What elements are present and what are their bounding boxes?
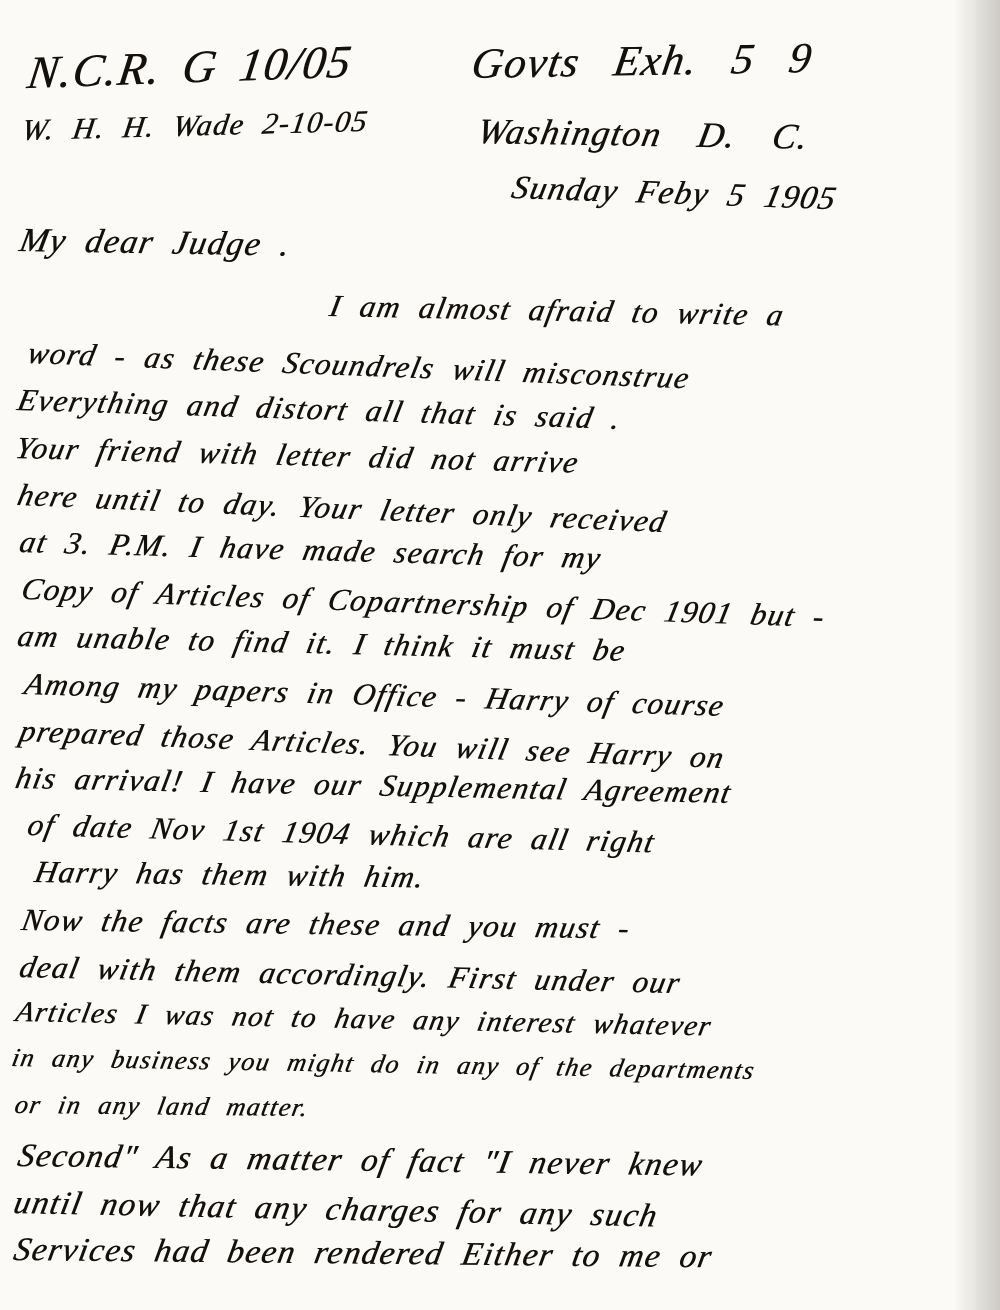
letter-line: Everything and distort all that is said … [17, 382, 621, 437]
reviewer-initials-text: N.C.R. G 10/05 [24, 35, 355, 100]
letter-line-text: until now that any charges for any such [10, 1185, 661, 1235]
salutation: My dear Judge . [20, 222, 291, 265]
letter-line-text: am unable to find it. I think it must be [14, 618, 629, 669]
date-line-text: Sunday Feby 5 1905 [508, 170, 840, 218]
letter-line: of date Nov 1st 1904 which are all right [27, 807, 655, 860]
letter-line: Your friend with letter did not arrive [16, 430, 580, 481]
place-line-text: Washington D. C. [474, 110, 813, 158]
place-line: Washington D. C. [478, 110, 809, 158]
letter-line-text: Second" As a matter of fact "I never kne… [14, 1138, 706, 1184]
letter-line: Services had been rendered Either to me … [14, 1232, 712, 1276]
letter-line-text: Harry has them with him. [32, 854, 429, 895]
letter-line-text: Services had been rendered Either to me … [11, 1232, 716, 1276]
letter-line: am unable to find it. I think it must be [18, 618, 626, 669]
scan-edge-streak [970, 0, 976, 1310]
letter-line: until now that any charges for any such [14, 1185, 658, 1235]
letter-line: Among my papers in Office - Harry of cou… [24, 666, 724, 724]
letter-line-text: Among my papers in Office - Harry of cou… [21, 666, 728, 724]
letter-line-text: in any business you might do in any of t… [9, 1043, 758, 1086]
letter-line-text: Articles I was not to have any interest … [13, 996, 715, 1043]
letter-line-text: Your friend with letter did not arrive [12, 430, 582, 481]
letter-line-text: or in any land matter. [12, 1090, 311, 1123]
letter-line: Second" As a matter of fact "I never kne… [18, 1138, 703, 1185]
reviewer-name-stamp: W. H. H. Wade 2-10-05 [22, 105, 369, 148]
date-line: Sunday Feby 5 1905 [511, 170, 836, 218]
letter-line: deal with them accordingly. First under … [20, 949, 681, 1001]
reviewer-name-text: W. H. H. Wade 2-10-05 [19, 105, 370, 148]
letter-line: Articles I was not to have any interest … [16, 996, 712, 1044]
letter-line-text: Now the facts are these and you must - [19, 902, 634, 946]
letter-line: Harry has them with him. [35, 854, 425, 895]
exhibit-number-text: Govts Exh. 5 9 [468, 34, 816, 89]
letter-line-text: I am almost afraid to write a [326, 288, 787, 333]
letter-line: or in any land matter. [15, 1090, 309, 1123]
letter-line: I am almost afraid to write a [330, 288, 785, 334]
exhibit-number: Govts Exh. 5 9 [472, 34, 813, 89]
letter-line-text: Everything and distort all that is said … [14, 382, 624, 437]
salutation-text: My dear Judge . [16, 222, 294, 265]
reviewer-initials-stamp: N.C.R. G 10/05 [27, 35, 353, 99]
letter-page: N.C.R. G 10/05 W. H. H. Wade 2-10-05 Gov… [0, 0, 1000, 1310]
letter-line-text: deal with them accordingly. First under … [16, 949, 684, 1001]
letter-line-text: of date Nov 1st 1904 which are all right [24, 807, 658, 860]
letter-line: Now the facts are these and you must - [22, 902, 631, 946]
scan-edge-shadow [954, 0, 1000, 1310]
letter-line: in any business you might do in any of t… [12, 1043, 755, 1086]
